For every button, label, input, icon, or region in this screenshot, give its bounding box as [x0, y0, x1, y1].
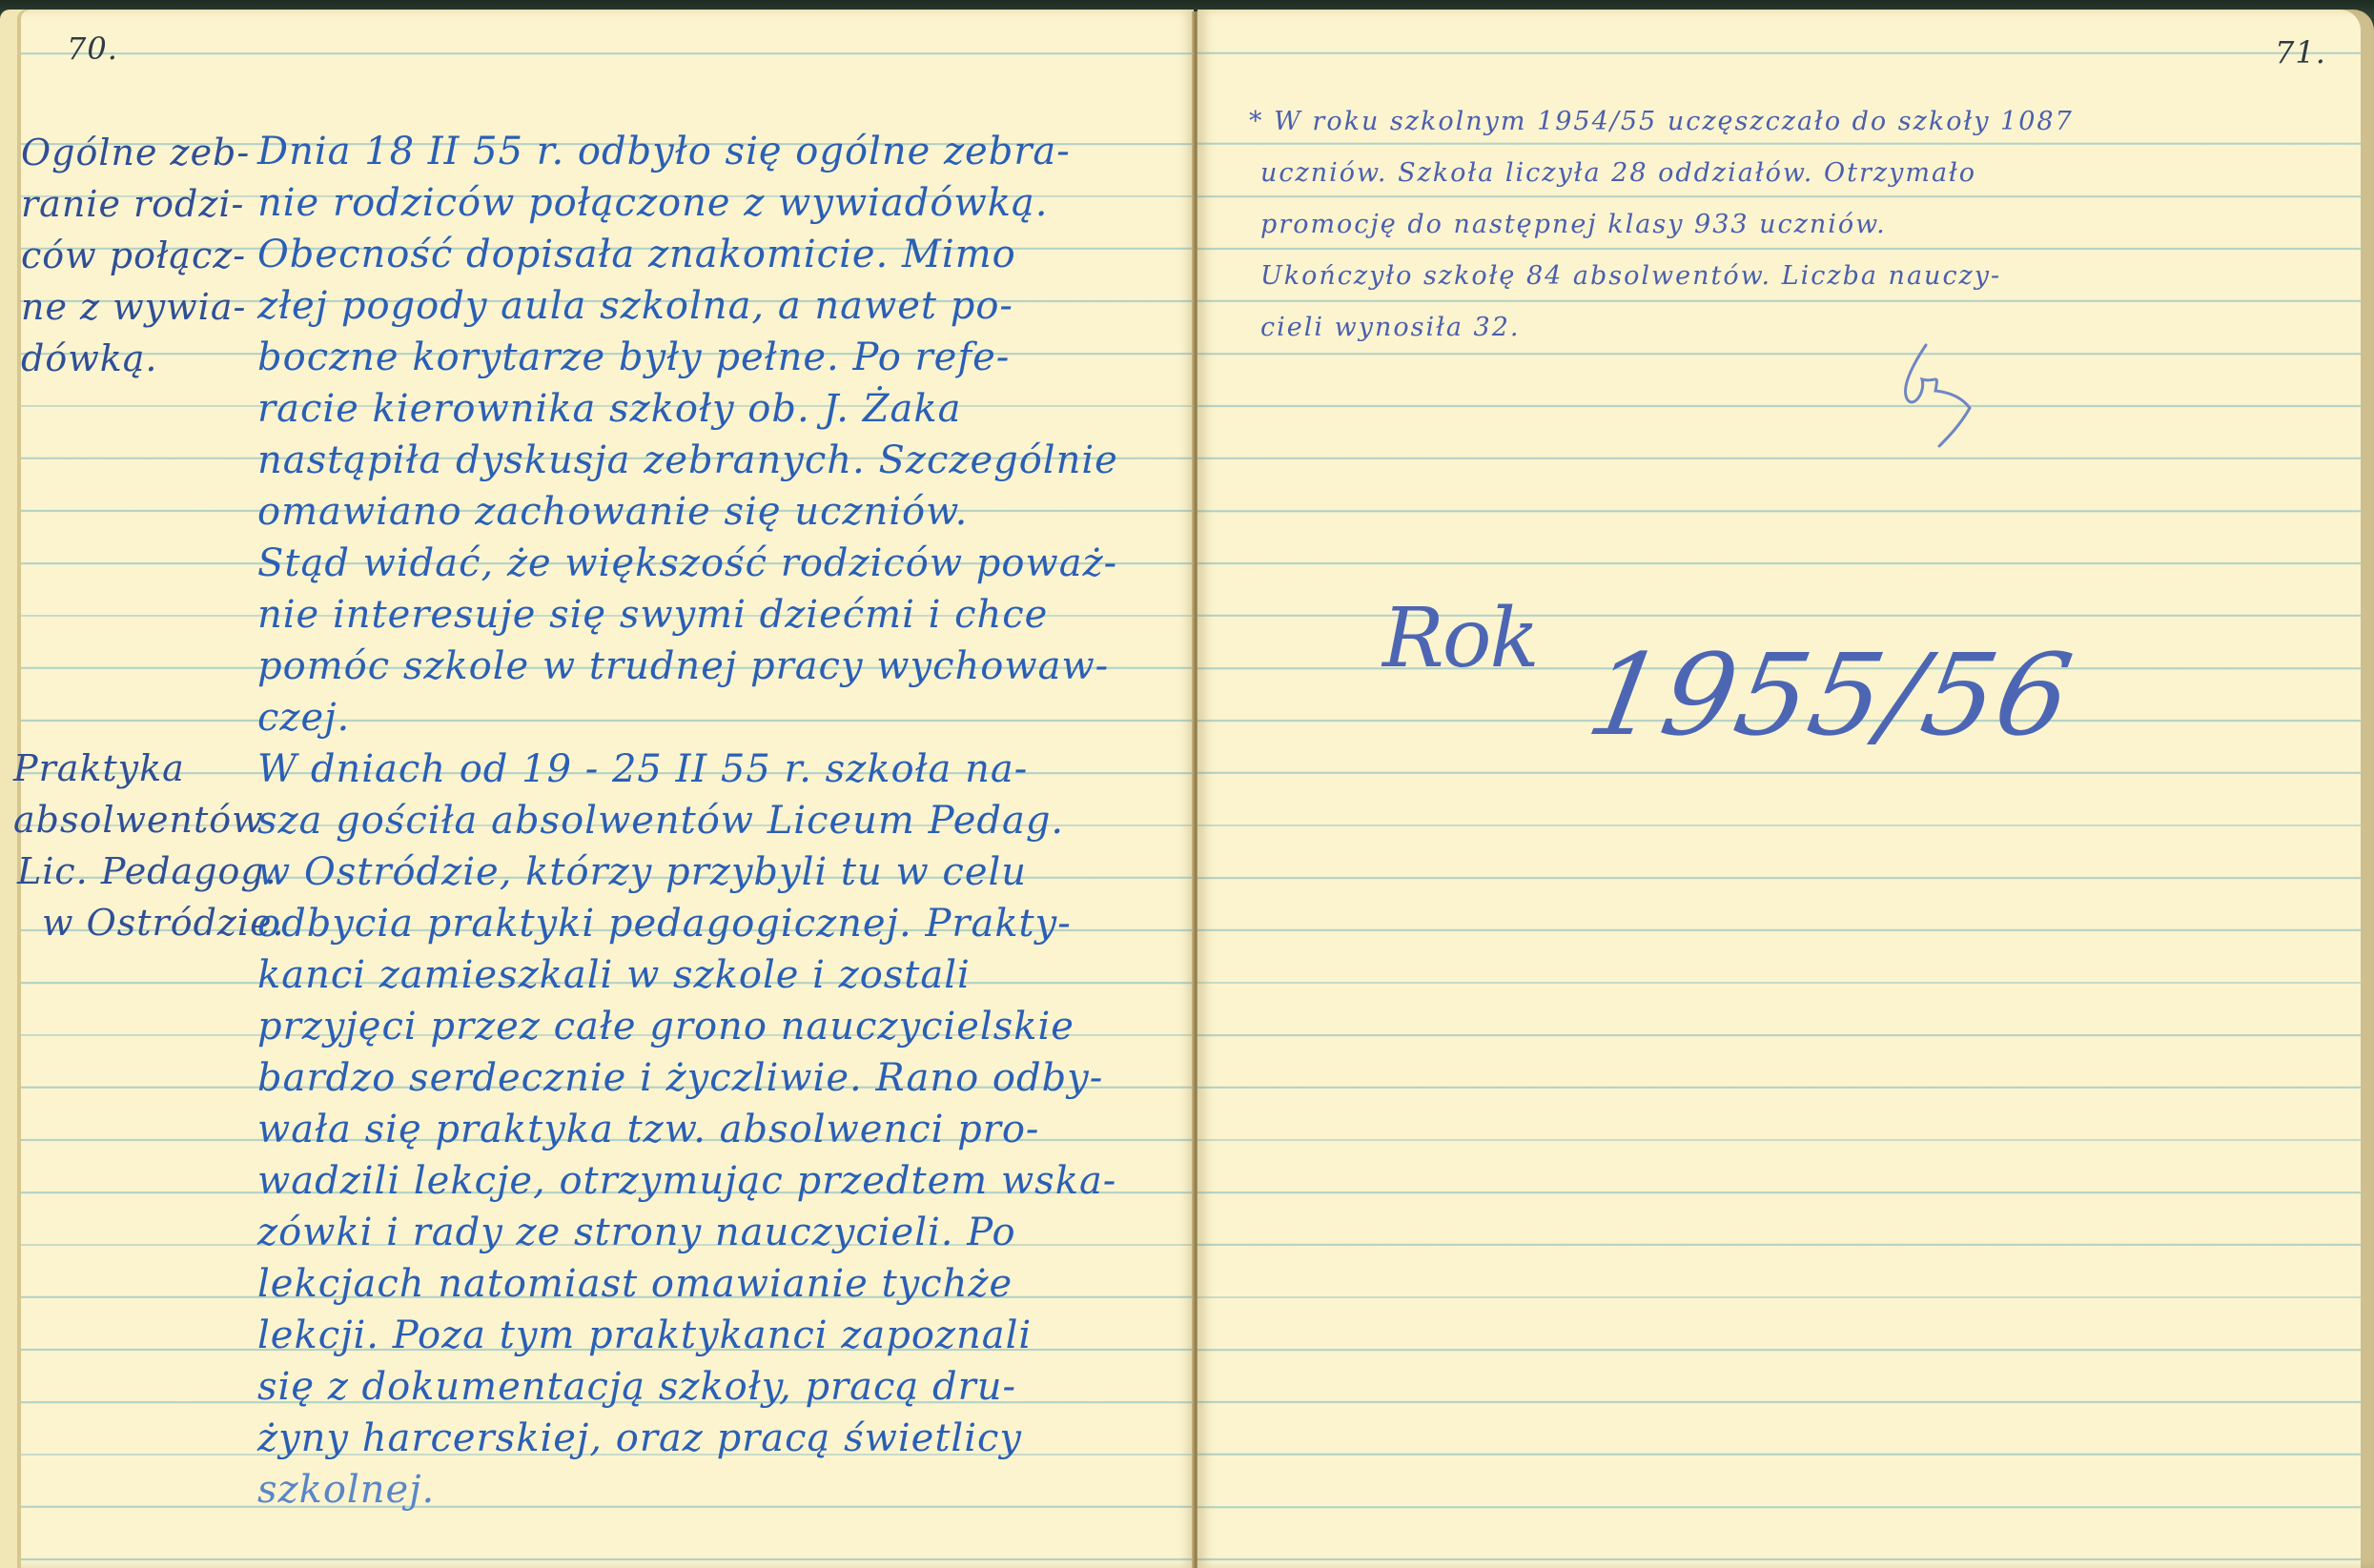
note-line: uczniów. Szkoła liczyła 28 oddziałów. Ot…	[1260, 158, 1976, 188]
margin-heading-line: ców połącz-	[21, 234, 246, 276]
signature-mark	[1897, 334, 1983, 448]
margin-heading-line: Ogólne zeb-	[21, 132, 250, 173]
body-line: lekcji. Poza tym praktykanci zapoznali	[257, 1313, 1032, 1357]
body-line: kanci zamieszkali w szkole i zostali	[257, 953, 971, 997]
margin-heading-line: absolwentów	[13, 799, 264, 841]
body-line: omawiano zachowanie się uczniów.	[257, 490, 968, 534]
margin-heading-line: ne z wywia-	[21, 286, 246, 328]
margin-heading-line: dówką.	[21, 337, 158, 379]
body-line: przyjęci przez całe grono nauczycielskie	[257, 1005, 1074, 1049]
body-line: sza gościła absolwentów Liceum Pedag.	[257, 799, 1064, 843]
body-line: wała się praktyka tzw. absolwenci pro-	[257, 1108, 1039, 1151]
margin-heading-line: Praktyka	[13, 747, 185, 789]
body-line: odbycia praktyki pedagogicznej. Prakty-	[257, 902, 1072, 946]
body-line: szkolnej.	[257, 1468, 435, 1512]
body-line: Obecność dopisała znakomicie. Mimo	[257, 233, 1016, 276]
body-line: nie interesuje się swymi dziećmi i chce	[257, 593, 1048, 637]
margin-heading-line: ranie rodzi-	[21, 183, 244, 225]
year-heading-value: 1955/56	[1579, 629, 2083, 761]
body-line: Dnia 18 II 55 r. odbyło się ogólne zebra…	[257, 130, 1071, 173]
body-line: racie kierownika szkoły ob. J. Żaka	[257, 387, 961, 431]
note-line: promocję do następnej klasy 933 uczniów.	[1260, 210, 1887, 239]
body-line: Stąd widać, że większość rodziców poważ-	[257, 541, 1117, 585]
page-number-right: 71.	[2275, 34, 2326, 71]
body-line: złej pogody aula szkolna, a nawet po-	[257, 284, 1013, 328]
body-line: pomóc szkole w trudnej pracy wychowaw-	[257, 644, 1109, 688]
body-line: wadzili lekcje, otrzymując przedtem wska…	[257, 1159, 1116, 1203]
body-line: się z dokumentacją szkoły, pracą dru-	[257, 1365, 1016, 1409]
body-line: żyny harcerskiej, oraz pracą świetlicy	[257, 1416, 1022, 1460]
margin-heading-line: Lic. Pedagog.	[17, 850, 277, 892]
right-page: 71.	[1197, 10, 2374, 1568]
year-heading-label: Rok	[1382, 591, 1538, 686]
body-line: w Ostródzie, którzy przybyli tu w celu	[257, 850, 1027, 894]
body-line: nastąpiła dyskusja zebranych. Szczególni…	[257, 438, 1118, 482]
page-number-left: 70.	[67, 31, 118, 67]
body-line: bardzo serdecznie i życzliwie. Rano odby…	[257, 1056, 1103, 1100]
note-line: Ukończyło szkołę 84 absolwentów. Liczba …	[1260, 261, 2001, 291]
body-line: boczne korytarze były pełne. Po refe-	[257, 336, 1010, 379]
note-line: * W roku szkolnym 1954/55 uczęszczało do…	[1249, 107, 2074, 136]
note-line: cieli wynosiła 32.	[1260, 313, 1520, 342]
left-page: 70. Ogólne zeb- ranie rodzi- ców połącz-…	[0, 10, 1194, 1568]
body-line: W dniach od 19 - 25 II 55 r. szkoła na-	[257, 747, 1028, 791]
body-line: lekcjach natomiast omawianie tychże	[257, 1262, 1013, 1306]
body-line: czej.	[257, 696, 350, 740]
body-line: nie rodziców połączone z wywiadówką.	[257, 181, 1049, 225]
body-line: zówki i rady ze strony nauczycieli. Po	[257, 1211, 1016, 1254]
margin-heading-line: w Ostródzie.	[42, 902, 285, 944]
